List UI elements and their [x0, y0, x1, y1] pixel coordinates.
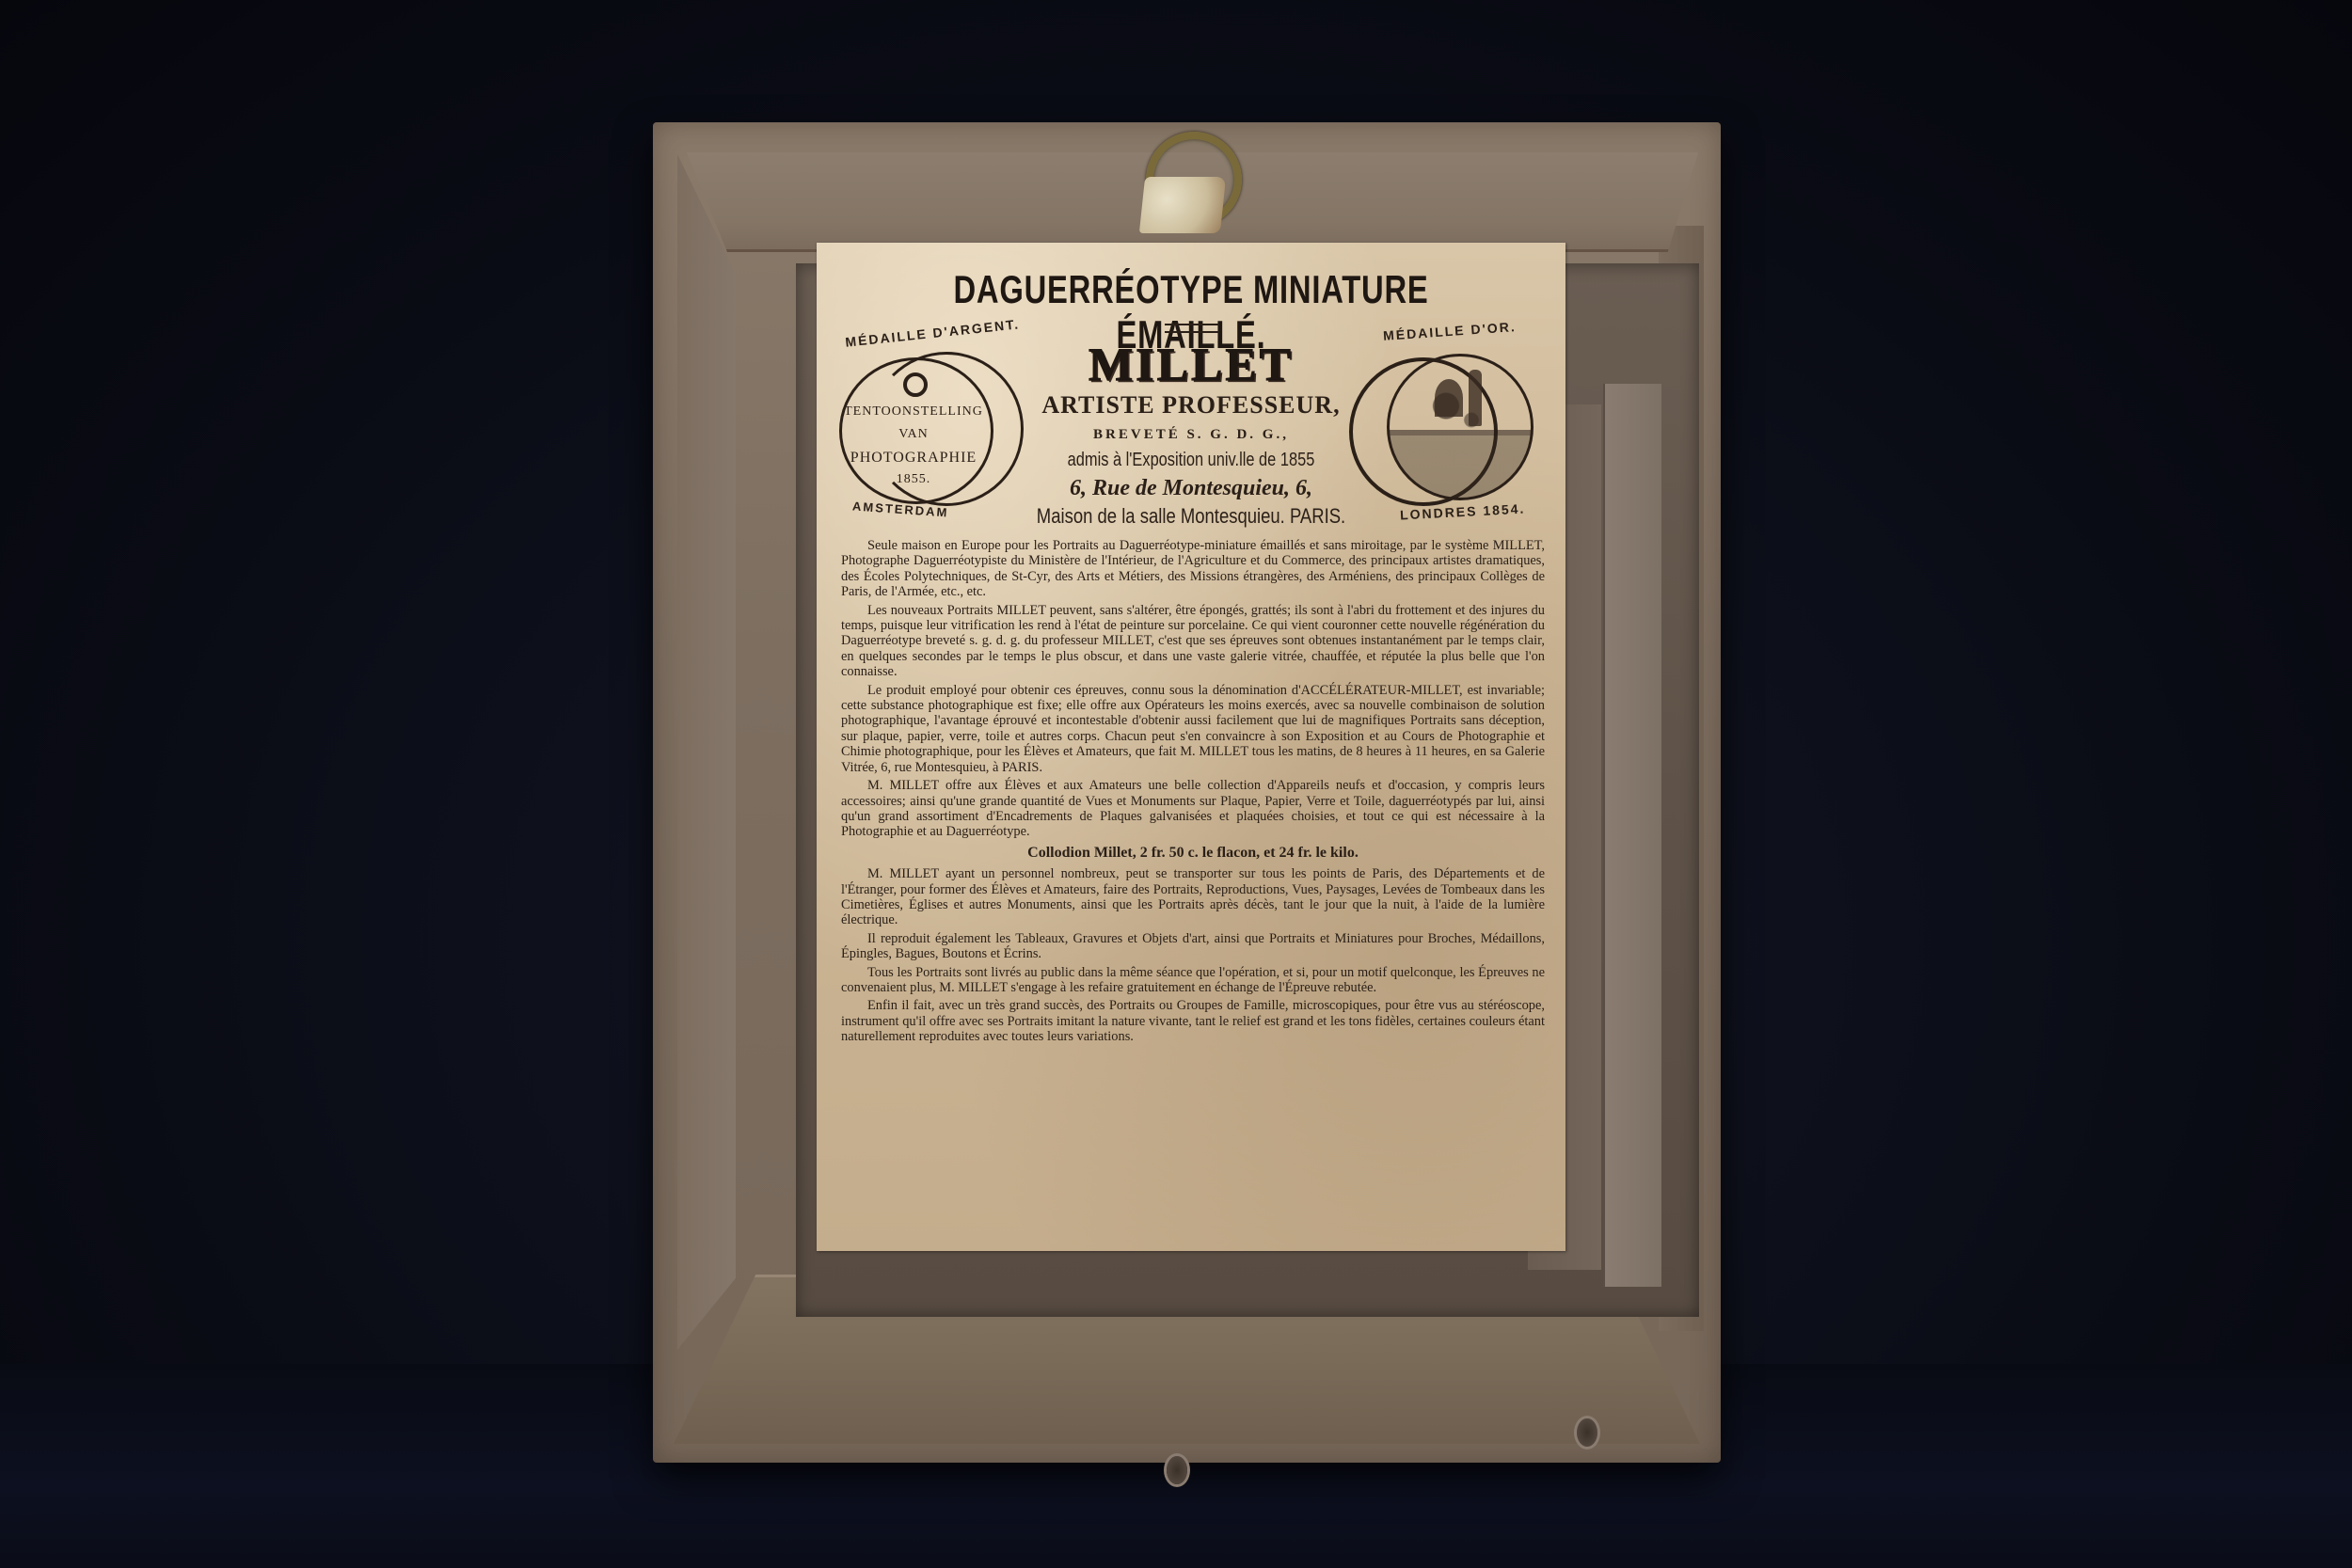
paper-flap-left — [677, 154, 736, 1350]
tear-hole — [1577, 1418, 1597, 1447]
exposition-admission: admis à l'Exposition univ.lle de 1855 — [884, 450, 1499, 471]
advertising-label: DAGUERRÉOTYPE MINIATURE ÉMAILLÉ. MÉDAILL… — [817, 243, 1565, 1251]
paragraph: Seule maison en Europe pour les Portrait… — [841, 538, 1545, 600]
paragraph: Tous les Portraits sont livrés au public… — [841, 965, 1545, 996]
paper-strip-outer — [1603, 384, 1661, 1287]
ring-cloth-tab — [1139, 177, 1226, 233]
paragraph: M. MILLET ayant un personnel nombreux, p… — [841, 866, 1545, 928]
paragraph: Enfin il fait, avec un très grand succès… — [841, 998, 1545, 1044]
advertisement-body: Seule maison en Europe pour les Portrait… — [841, 538, 1545, 1048]
double-rule-divider — [1165, 324, 1219, 333]
street-address: 6, Rue de Montesquieu, 6, — [817, 476, 1565, 501]
paragraph: Il reproduit également les Tableaux, Gra… — [841, 931, 1545, 962]
paragraph: Le produit employé pour obtenir ces épre… — [841, 683, 1545, 775]
tear-hole — [1167, 1456, 1187, 1484]
paragraph: Les nouveaux Portraits MILLET peuvent, s… — [841, 603, 1545, 680]
profession: ARTISTE PROFESSEUR, — [817, 391, 1565, 420]
venue: Maison de la salle Montesquieu. PARIS. — [877, 504, 1506, 529]
paragraph: M. MILLET offre aux Élèves et aux Amateu… — [841, 778, 1545, 840]
brand-name: MILLET — [817, 337, 1565, 391]
price-line: Collodion Millet, 2 fr. 50 c. le flacon,… — [841, 846, 1545, 861]
patent: BREVETÉ S. G. D. G., — [817, 427, 1565, 443]
